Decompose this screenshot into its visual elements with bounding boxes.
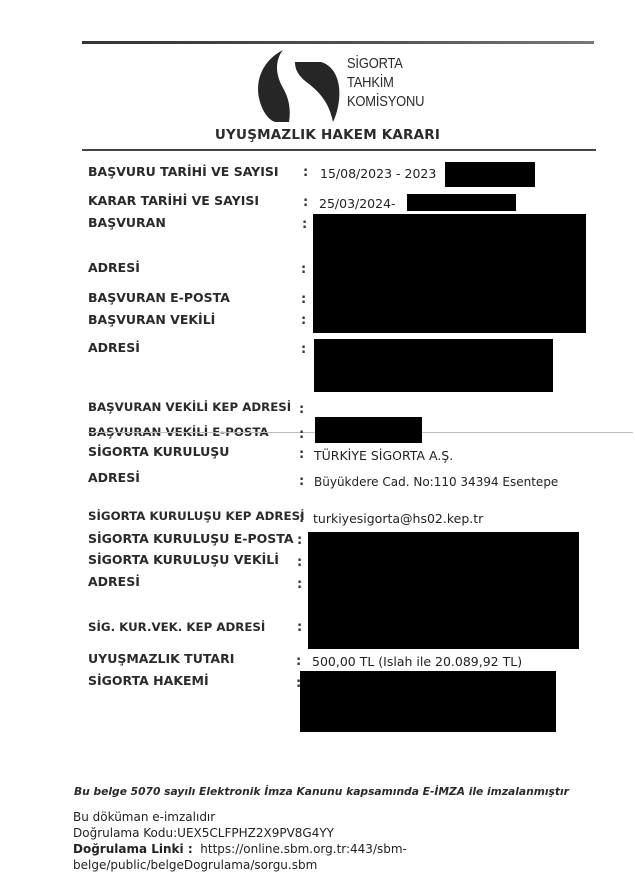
separator: : (297, 620, 302, 635)
separator: : (299, 447, 304, 462)
field-label-insurer-kep: SİGORTA KURULUŞU KEP ADRESİ (88, 509, 304, 523)
field-label-applicant: BAŞVURAN (88, 215, 166, 230)
field-label-insurer-attorney-kep: SİG. KUR.VEK. KEP ADRESİ (88, 620, 265, 634)
redaction-attorney-email (315, 417, 422, 443)
field-label-insurer: SİGORTA KURULUŞU (88, 444, 229, 459)
signed-text: Bu döküman e-imzalıdır (73, 809, 407, 825)
separator: : (299, 402, 304, 417)
top-rule (82, 41, 594, 44)
logo-line-1: SİGORTA (347, 54, 424, 73)
logo-wordmark: SİGORTA TAHKİM KOMİSYONU (347, 54, 424, 111)
redaction-arbitrator (300, 671, 556, 732)
separator: : (299, 427, 304, 442)
verification-code-label: Doğrulama Kodu: (73, 826, 177, 840)
separator: : (297, 533, 302, 548)
verification-block: Bu döküman e-imzalıdır Doğrulama Kodu:UE… (73, 809, 407, 873)
field-label-insurer-email: SİGORTA KURULUŞU E-POSTA (88, 531, 294, 546)
redaction-decision-number (407, 194, 516, 211)
esign-notice: Bu belge 5070 sayılı Elektronik İmza Kan… (74, 785, 569, 798)
field-label-dispute-amount: UYUŞMAZLIK TUTARI (88, 651, 234, 666)
verification-link-label: Doğrulama Linki : (73, 842, 193, 856)
separator: : (301, 313, 306, 328)
separator: : (297, 577, 302, 592)
separator: : (299, 474, 304, 489)
redaction-attorney-address (314, 339, 553, 392)
document-title: UYUŞMAZLIK HAKEM KARARI (0, 127, 635, 143)
field-label-applicant-attorney: BAŞVURAN VEKİLİ (88, 312, 215, 327)
field-label-attorney-address: ADRESİ (88, 340, 140, 355)
field-label-insurer-attorney: SİGORTA KURULUŞU VEKİLİ (88, 552, 279, 567)
field-label-insurer-attorney-address: ADRESİ (88, 574, 140, 589)
field-label-applicant-email: BAŞVURAN E-POSTA (88, 290, 230, 305)
redaction-applicant-info (313, 214, 586, 333)
separator: : (301, 342, 306, 357)
field-label-application-date: BAŞVURU TARİHİ VE SAYISI (88, 164, 279, 179)
verification-link[interactable]: https://online.sbm.org.tr:443/sbm- (200, 842, 407, 856)
logo-line-2: TAHKİM (347, 73, 424, 92)
separator: : (303, 165, 308, 180)
header-bottom-rule (82, 149, 596, 151)
field-value-insurer-address: Büyükdere Cad. No:110 34394 Esentepe (314, 475, 558, 489)
verification-code-line: Doğrulama Kodu:UEX5CLFPHZ2X9PV8G4YY (73, 825, 407, 841)
field-value-application-date: 15/08/2023 - 2023 (320, 166, 436, 181)
field-label-insurer-address: ADRESİ (88, 470, 140, 485)
separator: : (296, 654, 301, 669)
field-label-attorney-kep: BAŞVURAN VEKİLİ KEP ADRESİ (88, 400, 291, 414)
field-value-insurer: TÜRKİYE SİGORTA A.Ş. (314, 448, 453, 463)
separator: : (301, 292, 306, 307)
logo-line-3: KOMİSYONU (347, 92, 424, 111)
field-value-insurer-kep: turkiyesigorta@hs02.kep.tr (313, 511, 483, 526)
redaction-insurer-contact (308, 532, 579, 649)
field-value-dispute-amount: 500,00 TL (Islah ile 20.089,92 TL) (312, 654, 522, 669)
separator: : (302, 217, 307, 232)
verification-code: UEX5CLFPHZ2X9PV8G4YY (177, 826, 334, 840)
field-label-decision-date: KARAR TARİHİ VE SAYISI (88, 193, 259, 208)
verification-link-line: Doğrulama Linki : https://online.sbm.org… (73, 841, 407, 857)
verification-link-continued[interactable]: belge/public/belgeDogrulama/sorgu.sbm (73, 857, 407, 873)
separator: : (299, 511, 304, 526)
field-label-arbitrator: SİGORTA HAKEMİ (88, 673, 209, 688)
sigorta-tahkim-logo-icon (253, 46, 343, 124)
redaction-application-number (445, 162, 535, 187)
field-label-applicant-address: ADRESİ (88, 260, 140, 275)
separator: : (303, 195, 308, 210)
separator: : (301, 262, 306, 277)
separator: : (297, 555, 302, 570)
field-value-decision-date: 25/03/2024- (319, 196, 396, 211)
